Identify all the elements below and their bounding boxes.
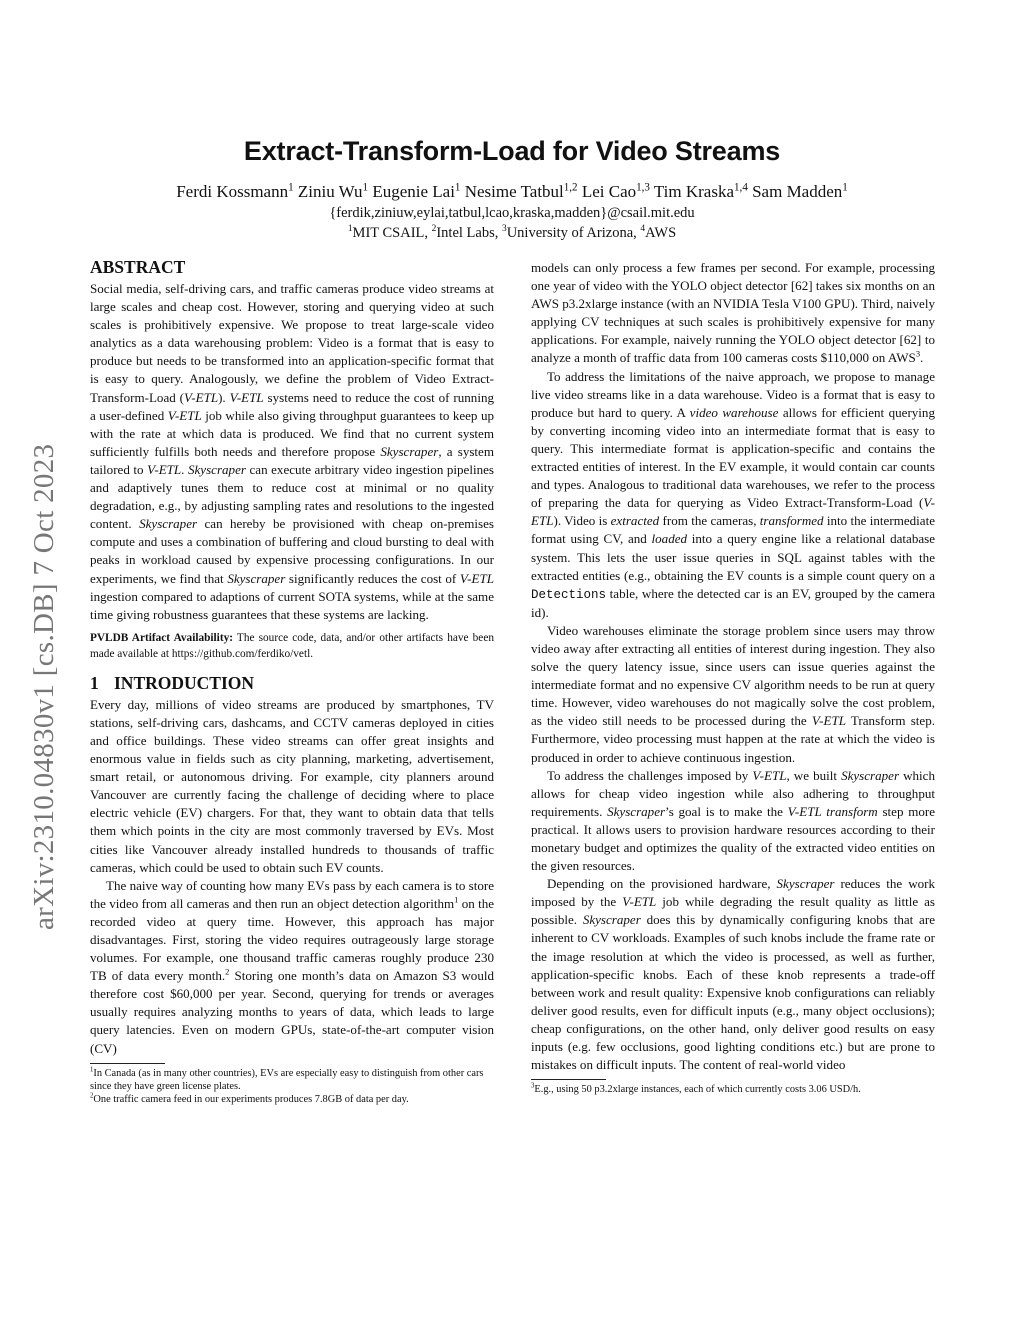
intro-paragraph-4: Video warehouses eliminate the storage p… [531,622,935,767]
intro-paragraph-2: The naive way of counting how many EVs p… [90,877,494,1058]
author-emails: {ferdik,ziniuw,eylai,tatbul,lcao,kraska,… [0,205,1024,222]
author: Lei Cao1,3 [582,182,650,201]
footnote: 1In Canada (as in many other countries),… [90,1067,494,1093]
author: Ziniu Wu1 [298,182,368,201]
intro-paragraph-6: Depending on the provisioned hardware, S… [531,875,935,1074]
footnote: 2One traffic camera feed in our experime… [90,1093,494,1106]
footnote-divider [90,1063,165,1064]
author: Tim Kraska1,4 [654,182,748,201]
right-column: models can only process a few frames per… [531,259,935,1096]
abstract-text: Social media, self-driving cars, and tra… [90,280,494,624]
paper-title: Extract-Transform-Load for Video Streams [0,136,1024,167]
author: Sam Madden1 [752,182,848,201]
left-column: ABSTRACT Social media, self-driving cars… [90,257,494,1106]
intro-paragraph-5: To address the challenges imposed by V-E… [531,767,935,876]
intro-paragraph-2-continued: models can only process a few frames per… [531,259,935,368]
abstract-heading: ABSTRACT [90,257,494,277]
affiliations: 1MIT CSAIL, 2Intel Labs, 3University of … [0,225,1024,242]
arxiv-identifier: arXiv:2310.04830v1 [cs.DB] 7 Oct 2023 [28,444,61,930]
artifact-availability: PVLDB Artifact Availability: The source … [90,630,494,662]
author: Nesime Tatbul1,2 [465,182,578,201]
footnote-divider [531,1079,606,1080]
author: Ferdi Kossmann1 [176,182,293,201]
author-list: Ferdi Kossmann1 Ziniu Wu1 Eugenie Lai1 N… [0,182,1024,202]
intro-paragraph-3: To address the limitations of the naive … [531,368,935,622]
section-heading-introduction: 1INTRODUCTION [90,672,494,694]
intro-paragraph-1: Every day, millions of video streams are… [90,696,494,877]
author: Eugenie Lai1 [372,182,460,201]
footnote: 3E.g., using 50 p3.2xlarge instances, ea… [531,1083,935,1096]
